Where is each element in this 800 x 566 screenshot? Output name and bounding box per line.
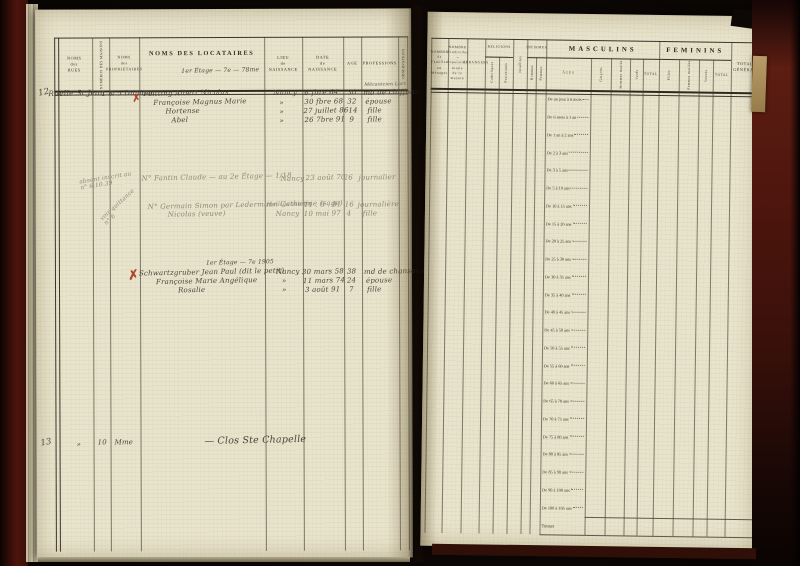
pencil-diagonal-note: voir quittance n° 6 — [99, 188, 140, 226]
book-cover-left-spine — [0, 0, 28, 566]
age-bracket-label: De 65 à 70 ans — [543, 398, 569, 403]
tenant-name: Abel — [171, 116, 188, 124]
col-header-observations: OBSERVATIONS — [398, 36, 407, 90]
col-header-rues: NOMS des RUES — [56, 37, 92, 91]
floor-note: 1er Étage — 7e 1905 — [206, 258, 274, 266]
dotted-leader — [571, 294, 585, 295]
ditto: » — [282, 286, 287, 294]
rule — [398, 36, 401, 550]
ditto: » — [76, 440, 81, 448]
handwritten-note-center: — Clos Ste Chapelle — [204, 434, 306, 447]
age-value: 30 — [347, 88, 356, 96]
dotted-leader — [572, 223, 586, 224]
ditto: » — [279, 117, 284, 125]
ditto: » — [279, 108, 284, 116]
tenant-name: Faitting Albert Nicolas — [143, 88, 228, 98]
age-bracket-row: De 60 à 65 ans — [543, 374, 585, 392]
profession: journalier — [359, 173, 396, 182]
age-bracket-row: De 25 à 30 ans — [545, 250, 587, 268]
rule — [672, 59, 680, 536]
col-header-proprietaires: NOMS des PROPRIÉTAIRES — [109, 37, 139, 91]
birthdate: 3 août 91 — [305, 285, 340, 294]
age-value: 9 — [349, 116, 354, 124]
profession: épouse — [366, 276, 392, 285]
age-bracket-label: De 30 à 35 ans — [545, 274, 571, 279]
age-bracket-label: De 40 à 45 ans — [545, 310, 571, 315]
subcol-filles: Filles — [659, 59, 679, 91]
subcol-hommes: Hommes — [527, 57, 536, 89]
rule — [264, 37, 267, 551]
age-brackets-list: De un jour à 6 mois De 6 mois à 1 an De … — [542, 90, 590, 517]
dotted-leader — [570, 400, 584, 401]
rule — [139, 37, 142, 551]
age-bracket-label: De 50 à 55 ans — [544, 345, 570, 350]
age-value: 26 — [344, 173, 353, 181]
subcol-catholiques: Catholiques — [485, 56, 499, 88]
tenant-name: Rosalie — [178, 286, 205, 295]
col-header-locataires: NOMS DES LOCATAIRES — [139, 39, 264, 67]
margin-number: 13 — [40, 437, 53, 449]
age-value: 4 — [347, 210, 352, 218]
age-bracket-row: De 20 à 25 ans — [545, 232, 587, 250]
stacked-page-edges-bottom — [38, 557, 410, 562]
age-value: 14 — [348, 106, 357, 114]
birthdate: 10 mai 97 — [304, 209, 341, 218]
rule — [623, 59, 631, 536]
rule — [109, 37, 112, 551]
red-cross-mark: ✗ — [132, 93, 142, 105]
age-value: 7 — [349, 286, 354, 294]
ditto: » — [282, 277, 287, 285]
age-bracket-row: De 30 à 35 ans — [545, 268, 587, 286]
age-value: 24 — [347, 276, 356, 284]
age-bracket-row: De 100 à 105 ans — [542, 499, 584, 517]
age-bracket-label: De un jour à 6 mois — [547, 97, 581, 102]
profession: fille — [367, 106, 382, 114]
dotted-leader — [570, 418, 584, 419]
profession: épouse — [365, 97, 391, 106]
dotted-leader — [569, 471, 583, 472]
col-header-ages: ÂGES — [546, 57, 591, 90]
age-bracket-row: De 65 à 70 ans — [543, 392, 585, 410]
rule — [706, 60, 714, 537]
birthdate: 6 fbre 64 — [304, 88, 338, 97]
rule — [92, 37, 95, 551]
age-bracket-row: De 50 à 55 ans — [544, 339, 586, 357]
age-bracket-label: De 80 à 85 ans — [543, 452, 569, 457]
age-bracket-label: De 2 à 3 ans — [547, 150, 568, 155]
handwritten-header-note: 1er Étage — 7e — 78me — [181, 66, 259, 75]
age-bracket-label: De 6 mois à 1 an — [547, 114, 576, 119]
rule — [478, 39, 486, 534]
tenant-name: Schwartzgruber Jean Paul (dit le petit) — [139, 267, 284, 278]
col-header-date-naissance: DATE de NAISSANCE — [302, 37, 343, 91]
rule — [506, 39, 514, 534]
col-header-lieu-naissance: LIEU de NAISSANCE — [264, 37, 302, 91]
dotted-leader — [571, 187, 588, 188]
street-name: Ruelle St Jean — [48, 88, 105, 98]
dotted-leader — [573, 205, 587, 206]
col-header-israelites: Israélites — [513, 39, 528, 89]
subcol-veufs: Veufs — [630, 59, 643, 91]
age-bracket-label: De 85 à 90 ans — [542, 469, 568, 474]
pencil-owner-note: absent inscrit au n° 6.10.39 — [79, 171, 133, 191]
age-bracket-label: De 35 à 40 ans — [545, 292, 571, 297]
birthdate: 11 . 8 . 81 — [304, 200, 342, 209]
col-header-age: AGE — [343, 37, 361, 91]
subcol-femmes: Femmes — [536, 57, 546, 89]
age-bracket-row: De 3 à 5 ans — [546, 161, 588, 179]
dotted-leader — [569, 436, 583, 437]
group-header-infirmes: INFIRMES — [527, 39, 546, 57]
profession: journalière — [358, 200, 399, 209]
right-page: NOMBRE de Familles ou Ménages NOMBRE d'i… — [420, 12, 761, 551]
age-bracket-label: De 20 à 25 ans — [546, 239, 572, 244]
subcol-femmes-mariees: Femmes mariées — [679, 59, 699, 91]
age-bracket-row: De un jour à 6 mois — [547, 90, 589, 108]
birthdate: 26 7bre 91 — [304, 115, 345, 124]
age-bracket-row: De 80 à 85 ans — [542, 445, 584, 463]
age-bracket-label: De 5 à 10 ans — [546, 185, 569, 190]
tenant-name: N° Fantin Claude — au 2e Étage — 1/18 — [142, 171, 292, 182]
dotted-leader — [572, 276, 586, 277]
birthplace: Nancy — [273, 89, 297, 97]
subcol-hommes-maries: Hommes mariés — [611, 58, 630, 90]
age-bracket-label: De 60 à 65 ans — [544, 381, 570, 386]
age-bracket-row: De 1 an à 2 ans — [547, 126, 589, 144]
rule — [460, 38, 468, 533]
age-bracket-label: De 75 à 80 ans — [543, 434, 569, 439]
age-bracket-label: De 70 à 75 ans — [543, 416, 569, 421]
rule — [441, 38, 449, 533]
age-bracket-row: De 75 à 80 ans — [543, 428, 585, 446]
profession: fille — [367, 285, 382, 293]
dotted-leader — [569, 454, 583, 455]
age-bracket-row: De 2 à 3 ans — [547, 144, 589, 162]
left-page: NOMS des RUES NUMÉROS DES MAISONS NOMS d… — [35, 8, 413, 558]
dotted-leader — [583, 99, 589, 100]
rule — [361, 37, 364, 551]
age-bracket-row: De 45 à 50 ans — [544, 321, 586, 339]
age-bracket-label: De 55 à 60 ans — [544, 363, 570, 368]
age-bracket-label: De 90 à 100 ans — [542, 487, 570, 492]
dotted-leader — [572, 258, 586, 259]
group-header-masculins: MASCULINS — [546, 39, 659, 59]
age-bracket-label: De 3 à 5 ans — [547, 168, 568, 173]
subcol-veuves: Veuves — [699, 59, 713, 91]
col-header-etrangers: ÉTRANGERS — [467, 38, 486, 88]
tenant-name: Françoise Marie Angélique — [156, 276, 257, 286]
subcol-total-masculins: TOTAL — [643, 59, 659, 91]
rule — [692, 59, 700, 536]
group-header-religions: RELIGIONS — [485, 39, 513, 57]
age-bracket-label: De 10 à 15 ans — [546, 203, 572, 208]
owner-name: Mme — [114, 438, 133, 446]
birthdate: 30 fbre 68 — [304, 97, 343, 106]
birthplace: Nancy — [276, 268, 300, 276]
age-bracket-row: De 6 mois à 1 an — [547, 108, 589, 126]
age-bracket-label: De 25 à 30 ans — [545, 256, 571, 261]
birthdate: 27 juillet 86 — [303, 106, 348, 115]
age-bracket-label: De 100 à 105 ans — [542, 505, 572, 510]
rule — [529, 57, 537, 534]
profession: fille — [367, 115, 382, 123]
rule — [539, 534, 752, 538]
totals-row: Totaux — [541, 518, 583, 533]
dotted-leader — [577, 116, 588, 117]
birthdate: 23 août 70 — [306, 173, 346, 182]
ditto: » — [279, 99, 284, 107]
rule — [604, 58, 612, 535]
age-bracket-row: De 15 à 20 ans — [546, 215, 588, 233]
dotted-leader — [569, 152, 588, 153]
totals-label: Totaux — [542, 523, 555, 528]
age-bracket-row: De 10 à 15 ans — [546, 197, 588, 215]
birthdate: 11 mars 74 — [303, 276, 345, 285]
subcol-total-feminins: TOTAL — [713, 60, 731, 92]
age-value: 16 — [345, 200, 354, 208]
dotted-leader — [574, 134, 588, 135]
dotted-leader — [571, 312, 585, 313]
rule — [585, 517, 753, 520]
rule — [424, 38, 432, 533]
dotted-leader — [570, 365, 584, 366]
subcol-garcons: Garçons — [591, 58, 611, 90]
age-bracket-row: De 35 à 40 ans — [545, 286, 587, 304]
dotted-leader — [572, 241, 586, 242]
profession: fille — [363, 209, 378, 217]
subcol-protestants: Protestants — [499, 57, 513, 89]
age-bracket-row: De 85 à 90 ans — [542, 463, 584, 481]
rule — [492, 57, 500, 534]
age-bracket-row: De 55 à 60 ans — [544, 357, 586, 375]
dotted-leader — [571, 489, 583, 490]
rule — [520, 39, 528, 534]
house-number: 10 — [97, 438, 106, 446]
rule — [54, 38, 61, 552]
profession-note: Mécanicien Lorr. — [364, 82, 407, 88]
age-bracket-row: De 5 à 10 ans — [546, 179, 588, 197]
birthplace: Nancy — [276, 210, 300, 218]
rule — [636, 59, 644, 536]
tenant-name: Nicolas (veuve) — [168, 209, 226, 218]
photographed-register-book: NOMS des RUES NUMÉROS DES MAISONS NOMS d… — [0, 0, 800, 566]
group-header-feminins: FEMININS — [659, 41, 731, 60]
age-bracket-row: De 70 à 75 ans — [543, 410, 585, 428]
age-bracket-row: De 40 à 45 ans — [544, 303, 586, 321]
age-bracket-label: De 1 an à 2 ans — [547, 132, 573, 137]
age-bracket-label: De 15 à 20 ans — [546, 221, 572, 226]
tenant-name: Françoise Magnus Marie — [153, 97, 246, 107]
dotted-leader — [569, 170, 588, 171]
birthplace: Nancy — [281, 175, 305, 183]
binding-tab — [751, 56, 767, 112]
age-value: 38 — [347, 267, 356, 275]
dotted-leader — [573, 507, 583, 508]
age-bracket-label: De 45 à 50 ans — [544, 327, 570, 332]
rule — [652, 41, 660, 536]
birthdate: 30 mars 58 — [302, 267, 344, 276]
dotted-leader — [571, 329, 585, 330]
dotted-leader — [570, 383, 584, 384]
age-bracket-row: De 90 à 100 ans — [542, 481, 584, 499]
rule — [724, 42, 732, 537]
age-value: 32 — [347, 97, 356, 105]
tenant-name: Hortense — [165, 107, 200, 116]
dotted-leader — [571, 347, 585, 348]
